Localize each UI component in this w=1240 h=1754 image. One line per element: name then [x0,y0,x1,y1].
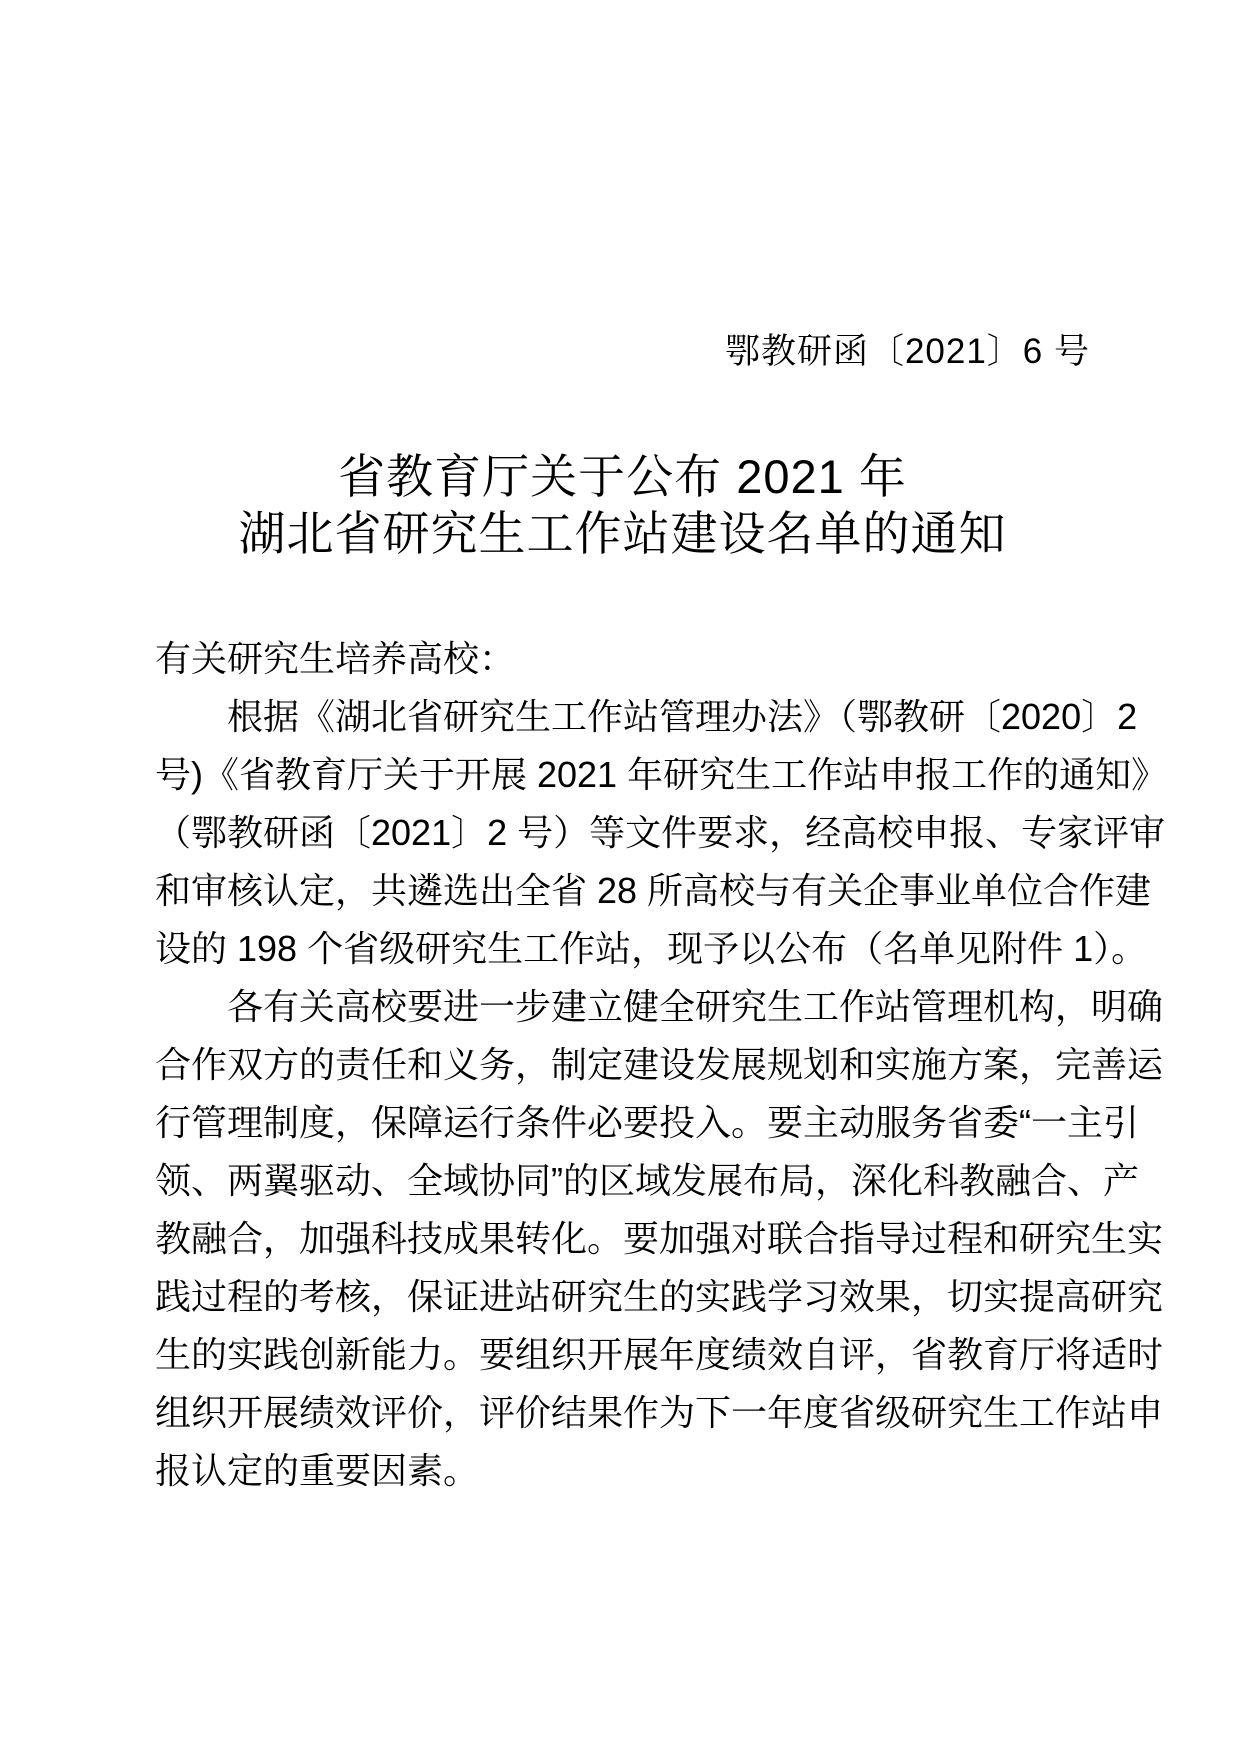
body-line: （鄂教研函〔2021〕2 号）等文件要求，经高校申报、专家评审 [155,804,1090,862]
salutation: 有关研究生培养高校： [155,630,1090,688]
body-line: 教融合，加强科技成果转化。要加强对联合指导过程和研究生实 [155,1210,1090,1268]
body-line: 号)《省教育厅关于开展 2021 年研究生工作站申报工作的通知》 [155,746,1090,804]
body-line: 领、两翼驱动、全域协同”的区域发展布局，深化科教融合、产 [155,1152,1090,1210]
body-line: 和审核认定，共遴选出全省 28 所高校与有关企事业单位合作建 [155,862,1090,920]
body-line: 设的 198 个省级研究生工作站，现予以公布（名单见附件 1）。 [155,920,1090,978]
document-body: 有关研究生培养高校： 根据《湖北省研究生工作站管理办法》（鄂教研〔2020〕2 … [155,630,1090,1500]
body-line: 行管理制度，保障运行条件必要投入。要主动服务省委“一主引 [155,1094,1090,1152]
document-page: 鄂教研函〔2021〕6 号 省教育厅关于公布 2021 年 湖北省研究生工作站建… [0,0,1240,1754]
body-line: 践过程的考核，保证进站研究生的实践学习效果，切实提高研究 [155,1268,1090,1326]
body-line: 各有关高校要进一步建立健全研究生工作站管理机构，明确 [155,978,1090,1036]
body-line: 生的实践创新能力。要组织开展年度绩效自评，省教育厅将适时 [155,1326,1090,1384]
document-title: 省教育厅关于公布 2021 年 湖北省研究生工作站建设名单的通知 [155,448,1090,562]
body-line: 合作双方的责任和义务，制定建设发展规划和实施方案，完善运 [155,1036,1090,1094]
body-line: 组织开展绩效评价，评价结果作为下一年度省级研究生工作站申 [155,1384,1090,1442]
body-line: 报认定的重要因素。 [155,1442,1090,1500]
document-title-line-2: 湖北省研究生工作站建设名单的通知 [155,505,1090,562]
document-title-line-1: 省教育厅关于公布 2021 年 [155,448,1090,505]
body-line: 根据《湖北省研究生工作站管理办法》（鄂教研〔2020〕2 [155,688,1090,746]
document-reference-number: 鄂教研函〔2021〕6 号 [155,330,1090,374]
